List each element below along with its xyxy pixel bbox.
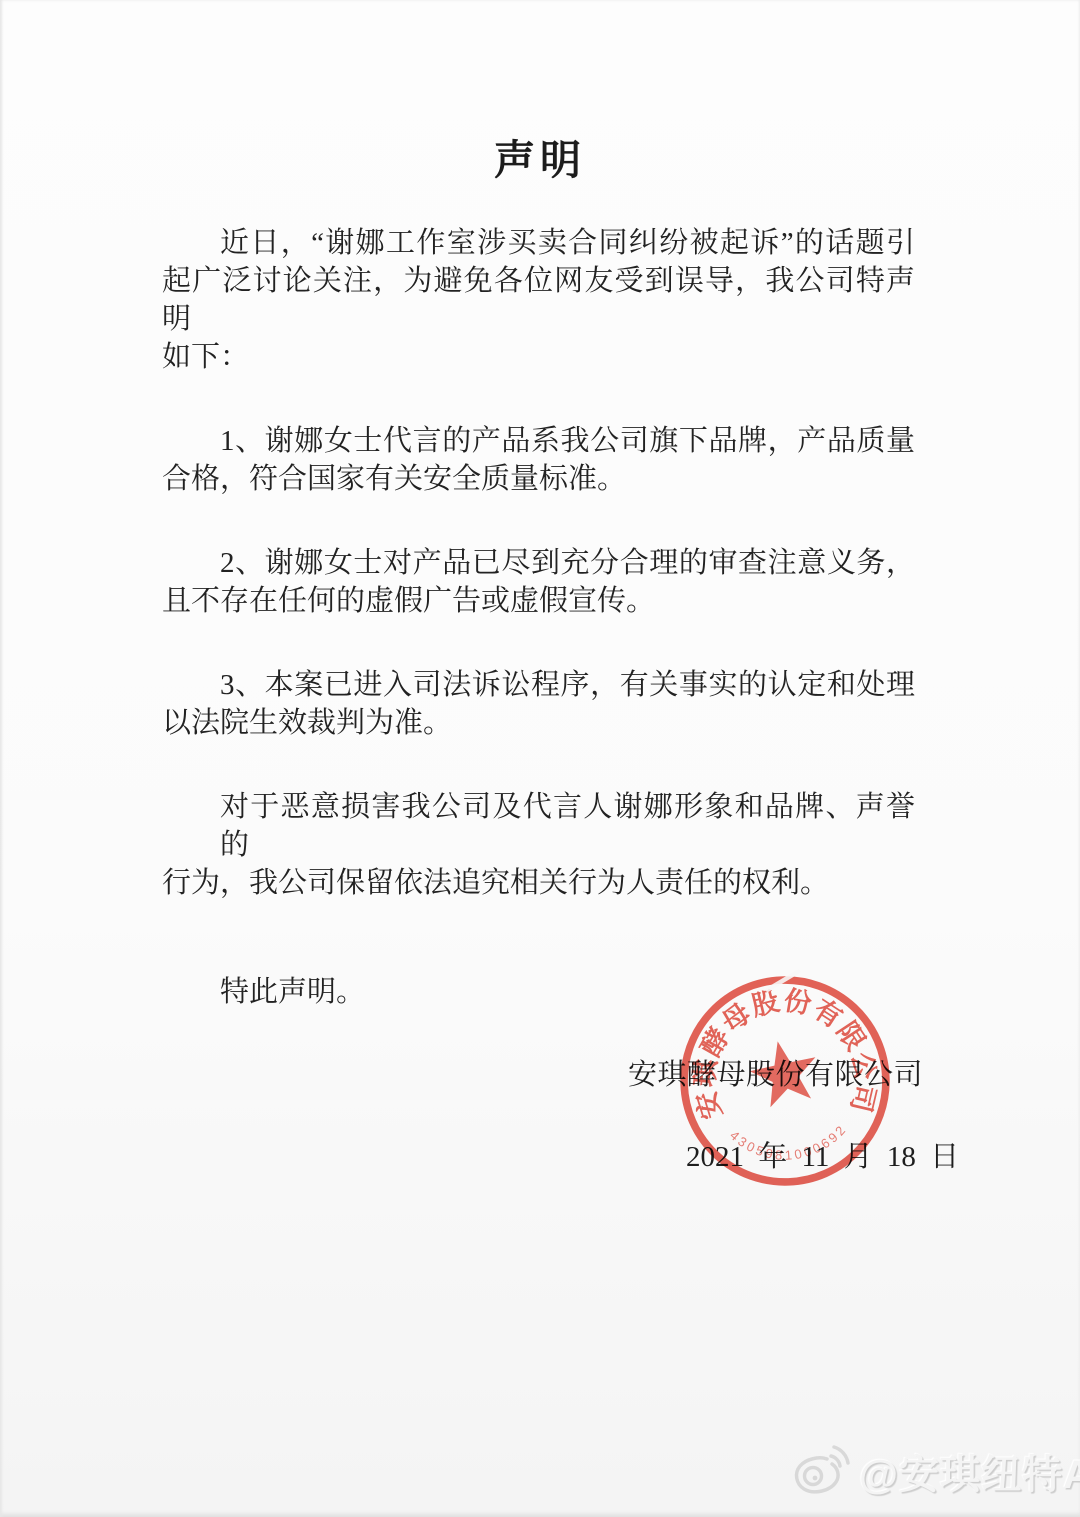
point-3-paragraph: 3、本案已进入司法诉讼程序，有关事实的认定和处理 以法院生效裁判为准。 <box>162 666 915 742</box>
company-seal-stamp: 安琪酵母股份有限公司 4305981000692 <box>670 966 900 1196</box>
point-2-paragraph: 2、谢娜女士对产品已尽到充分合理的审查注意义务， 且不存在任何的虚假广告或虚假宣… <box>162 544 915 620</box>
watermark: @安琪纽特Angel <box>786 1442 1080 1500</box>
text-line: 2、谢娜女士对产品已尽到充分合理的审查注意义务， <box>162 544 915 582</box>
text-line: 3、本案已进入司法诉讼程序，有关事实的认定和处理 <box>162 666 915 704</box>
text-line: 起广泛讨论关注，为避免各位网友受到误导，我公司特声明 <box>162 262 915 338</box>
text-line: 如下： <box>162 338 915 376</box>
watermark-handle: @安琪纽特Angel <box>859 1443 1080 1500</box>
point-1-paragraph: 1、谢娜女士代言的产品系我公司旗下品牌，产品质量 合格，符合国家有关安全质量标准… <box>162 422 915 498</box>
text-line: 合格，符合国家有关安全质量标准。 <box>162 460 915 498</box>
text-line: 且不存在任何的虚假广告或虚假宣传。 <box>162 582 915 620</box>
statement-page: 声明 近日，“谢娜工作室涉买卖合同纠纷被起诉”的话题引 起广泛讨论关注，为避免各… <box>0 0 1080 1517</box>
document-title: 声明 <box>0 127 1080 186</box>
weibo-icon <box>786 1442 850 1500</box>
seal-code: 4305981000692 <box>727 1120 852 1164</box>
text-line: 近日，“谢娜工作室涉买卖合同纠纷被起诉”的话题引 <box>162 224 915 262</box>
text-line: 对于恶意损害我公司及代言人谢娜形象和品牌、声誉的 <box>162 788 915 864</box>
intro-paragraph: 近日，“谢娜工作室涉买卖合同纠纷被起诉”的话题引 起广泛讨论关注，为避免各位网友… <box>162 224 915 376</box>
star-icon <box>745 1034 824 1109</box>
text-line: 1、谢娜女士代言的产品系我公司旗下品牌，产品质量 <box>162 422 915 460</box>
text-line: 以法院生效裁判为准。 <box>162 704 915 742</box>
text-line: 行为，我公司保留依法追究相关行为人责任的权利。 <box>162 864 915 902</box>
warning-paragraph: 对于恶意损害我公司及代言人谢娜形象和品牌、声誉的 行为，我公司保留依法追究相关行… <box>162 788 915 902</box>
document-body: 近日，“谢娜工作室涉买卖合同纠纷被起诉”的话题引 起广泛讨论关注，为避免各位网友… <box>162 224 915 1011</box>
